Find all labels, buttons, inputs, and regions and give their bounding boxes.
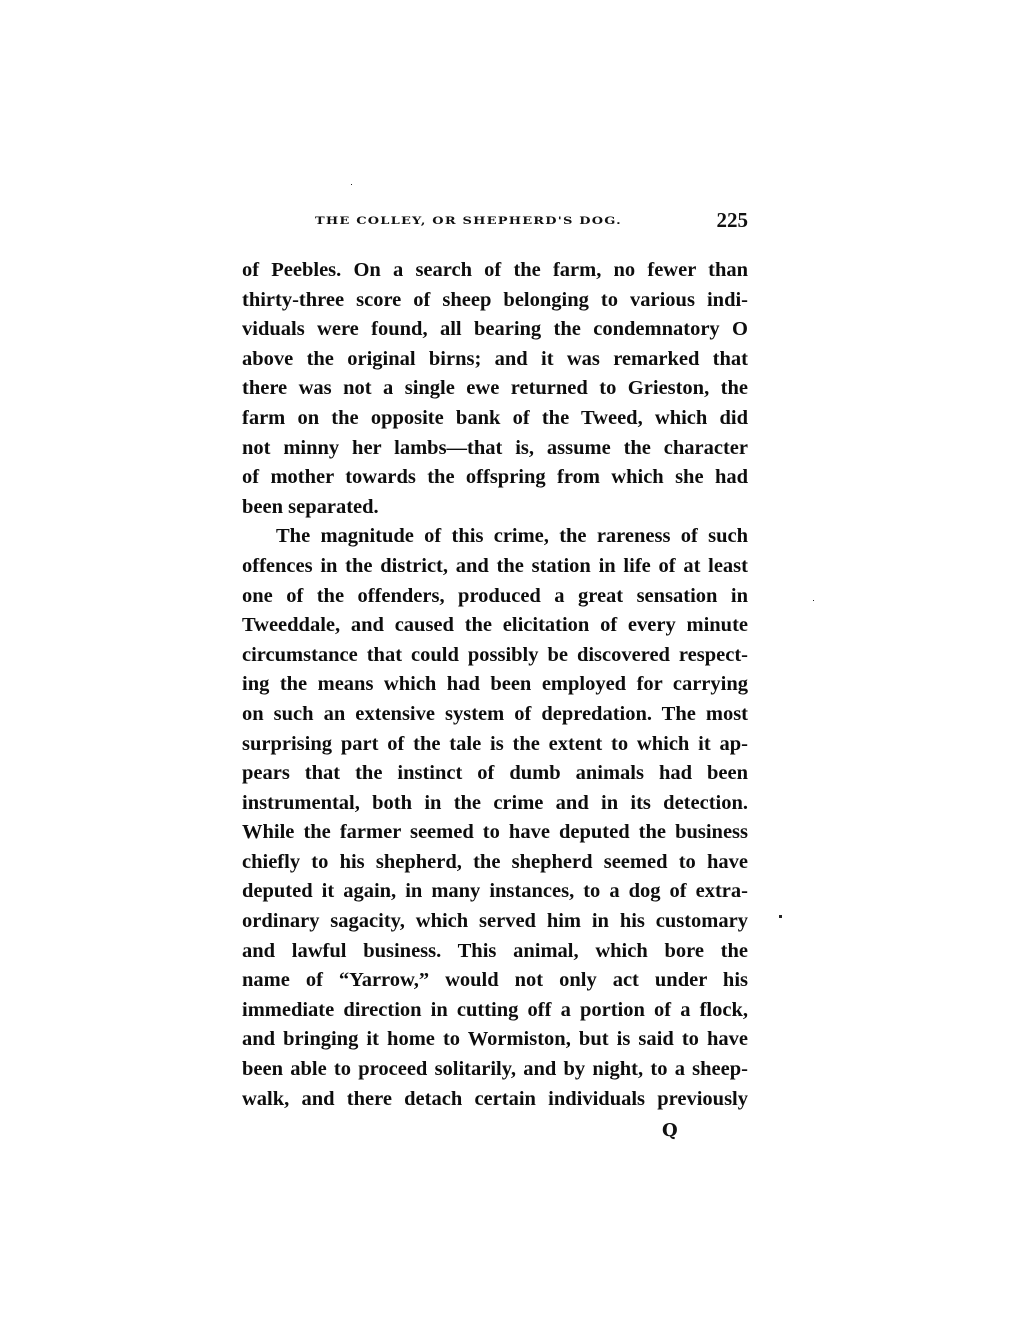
scan-speck: [351, 184, 352, 185]
text-line: above the original birns; and it was rem…: [242, 345, 748, 375]
text-line: deputed it again, in many instances, to …: [242, 877, 748, 907]
book-page: THE COLLEY, OR SHEPHERD'S DOG. 225 of Pe…: [0, 0, 1033, 1339]
text-line: instrumental, both in the crime and in i…: [242, 789, 748, 819]
signature-mark: Q: [662, 1120, 678, 1141]
text-line: surprising part of the tale is the exten…: [242, 730, 748, 760]
text-line: farm on the opposite bank of the Tweed, …: [242, 404, 748, 434]
text-line: immediate direction in cutting off a por…: [242, 996, 748, 1026]
text-line: viduals were found, all bearing the cond…: [242, 315, 748, 345]
text-line: While the farmer seemed to have deputed …: [242, 818, 748, 848]
body-text: of Peebles. On a search of the farm, no …: [242, 256, 748, 1114]
scan-speck: [813, 600, 814, 601]
text-line: ordinary sagacity, which served him in h…: [242, 907, 748, 937]
text-line: and bringing it home to Wormiston, but i…: [242, 1025, 748, 1055]
text-line: been separated.: [242, 493, 748, 523]
text-line: of Peebles. On a search of the farm, no …: [242, 256, 748, 286]
text-line: Tweeddale, and caused the elicitation of…: [242, 611, 748, 641]
text-line: offences in the district, and the statio…: [242, 552, 748, 582]
text-line: of mother towards the offspring from whi…: [242, 463, 748, 493]
page-number: 225: [717, 208, 749, 233]
text-line: circumstance that could possibly be disc…: [242, 641, 748, 671]
text-line: ing the means which had been employed fo…: [242, 670, 748, 700]
text-line: and lawful business. This animal, which …: [242, 937, 748, 967]
paragraph-first-line: The magnitude of this crime, the rarenes…: [242, 522, 748, 552]
text-line: there was not a single ewe returned to G…: [242, 374, 748, 404]
text-line: pears that the instinct of dumb animals …: [242, 759, 748, 789]
text-line: walk, and there detach certain individua…: [242, 1085, 748, 1115]
text-line: chiefly to his shepherd, the shepherd se…: [242, 848, 748, 878]
text-line: on such an extensive system of depredati…: [242, 700, 748, 730]
text-line: one of the offenders, produced a great s…: [242, 582, 748, 612]
text-line: not minny her lambs—that is, assume the …: [242, 434, 748, 464]
text-line: been able to proceed solitarily, and by …: [242, 1055, 748, 1085]
text-line: name of “Yarrow,” would not only act und…: [242, 966, 748, 996]
text-line: thirty-three score of sheep belonging to…: [242, 286, 748, 316]
running-head: THE COLLEY, OR SHEPHERD'S DOG. 225: [242, 208, 748, 238]
running-head-title: THE COLLEY, OR SHEPHERD'S DOG.: [315, 215, 622, 227]
scan-speck: [779, 915, 782, 918]
